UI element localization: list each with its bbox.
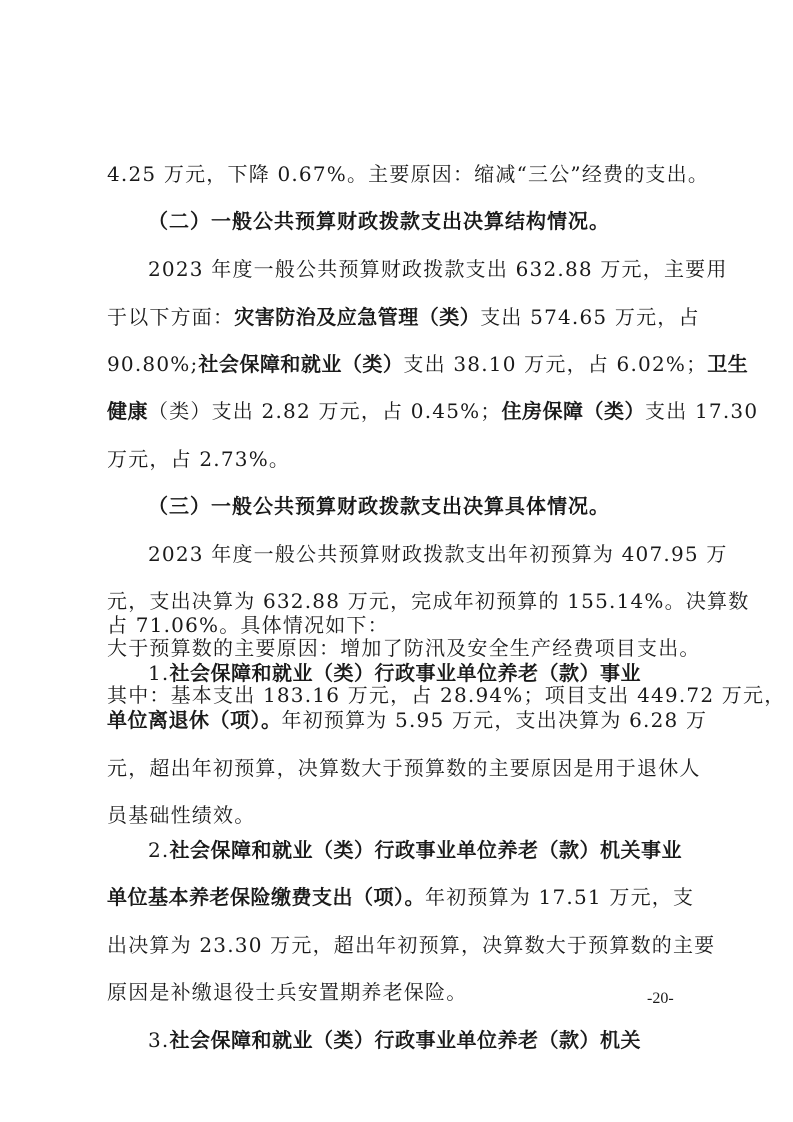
heading-text: （三）一般公共预算财政拨款支出决算具体情况。	[148, 494, 610, 518]
item-title-3: 3.社会保障和就业（类）行政事业单位养老（款）机关	[148, 1026, 748, 1054]
item-title-2: 2.社会保障和就业（类）行政事业单位养老（款）机关事业	[148, 836, 748, 864]
text: 占 71.06%。具体情况如下：	[107, 613, 389, 637]
text: 元，超出年初预算，决算数大于预算数的主要原因是用于退休人	[107, 756, 701, 780]
bold-category: 社会保障和就业（类）行政事业单位养老（款）机关	[169, 1028, 641, 1052]
paragraph-line: 元，超出年初预算，决算数大于预算数的主要原因是用于退休人	[107, 754, 707, 782]
paragraph-line: 于以下方面：灾害防治及应急管理（类）支出 574.65 万元，占	[107, 303, 707, 331]
bold-category: 灾害防治及应急管理（类）	[234, 305, 480, 329]
text: 年初预算为 5.95 万元，支出决算为 6.28 万	[282, 708, 708, 732]
text: 2023 年度一般公共预算财政拨款支出年初预算为 407.95 万	[148, 542, 728, 566]
bold-category: 单位离退休（项）。	[107, 708, 282, 732]
text: 元，支出决算为 632.88 万元，完成年初预算的 155.14%。决算数	[107, 589, 749, 613]
paragraph-line: 占 71.06%。具体情况如下：	[107, 611, 707, 639]
paragraph-line: 万元，占 2.73%。	[107, 445, 707, 473]
text: 2023 年度一般公共预算财政拨款支出 632.88 万元，主要用	[148, 257, 728, 281]
paragraph-line: 90.80%;社会保障和就业（类）支出 38.10 万元，占 6.02%；卫生	[107, 350, 707, 378]
text: 大于预算数的主要原因：增加了防汛及安全生产经费项目支出。	[107, 636, 701, 660]
text: 4.25 万元，下降 0.67%。主要原因：缩减“三公”经费的支出。	[107, 162, 709, 186]
section-heading-2: （二）一般公共预算财政拨款支出决算结构情况。	[148, 207, 748, 235]
paragraph-line: 出决算为 23.30 万元，超出年初预算，决算数大于预算数的主要	[107, 931, 707, 959]
bold-category: 社会保障和就业（类）	[198, 352, 403, 376]
paragraph-line: 4.25 万元，下降 0.67%。主要原因：缩减“三公”经费的支出。	[107, 160, 707, 188]
paragraph-line: 单位离退休（项）。年初预算为 5.95 万元，支出决算为 6.28 万	[107, 706, 707, 734]
section-heading-3: （三）一般公共预算财政拨款支出决算具体情况。	[148, 492, 748, 520]
document-page: 4.25 万元，下降 0.67%。主要原因：缩减“三公”经费的支出。 （二）一般…	[0, 0, 793, 1122]
bold-category: 社会保障和就业（类）行政事业单位养老（款）事业	[169, 661, 641, 685]
text: 原因是补缴退役士兵安置期养老保险。	[107, 980, 467, 1004]
paragraph-line: 健康（类）支出 2.82 万元，占 0.45%；住房保障（类）支出 17.30	[107, 397, 707, 425]
text: 支出 574.65 万元，占	[480, 305, 700, 329]
page-number: -20-	[647, 990, 674, 1008]
item-number: 3.	[148, 1028, 169, 1052]
text: 年初预算为 17.51 万元，支	[425, 885, 694, 909]
bold-category: 社会保障和就业（类）行政事业单位养老（款）机关事业	[169, 838, 682, 862]
text: 万元，占 2.73%。	[107, 447, 290, 471]
heading-text: （二）一般公共预算财政拨款支出决算结构情况。	[148, 209, 610, 233]
paragraph-line: 2023 年度一般公共预算财政拨款支出 632.88 万元，主要用	[148, 255, 748, 283]
text: 员基础性绩效。	[107, 803, 255, 827]
item-number: 1.	[148, 661, 169, 685]
text: 支出 38.10 万元，占 6.02%；	[403, 352, 707, 376]
text: 支出 17.30	[645, 399, 758, 423]
text: 于以下方面：	[107, 305, 234, 329]
bold-category: 住房保障（类）	[502, 399, 646, 423]
bold-category: 卫生	[707, 352, 748, 376]
text: 出决算为 23.30 万元，超出年初预算，决算数大于预算数的主要	[107, 933, 715, 957]
bold-category: 单位基本养老保险缴费支出（项）。	[107, 885, 425, 909]
item-title-1: 1.社会保障和就业（类）行政事业单位养老（款）事业	[148, 659, 748, 687]
paragraph-line: 员基础性绩效。	[107, 801, 707, 829]
text: （类）支出 2.82 万元，占 0.45%；	[148, 399, 502, 423]
item-number: 2.	[148, 838, 169, 862]
text: 90.80%;	[107, 352, 198, 376]
paragraph-line: 原因是补缴退役士兵安置期养老保险。	[107, 978, 707, 1006]
paragraph-line: 2023 年度一般公共预算财政拨款支出年初预算为 407.95 万	[148, 540, 748, 568]
bold-category: 健康	[107, 399, 148, 423]
paragraph-line: 单位基本养老保险缴费支出（项）。年初预算为 17.51 万元，支	[107, 883, 707, 911]
